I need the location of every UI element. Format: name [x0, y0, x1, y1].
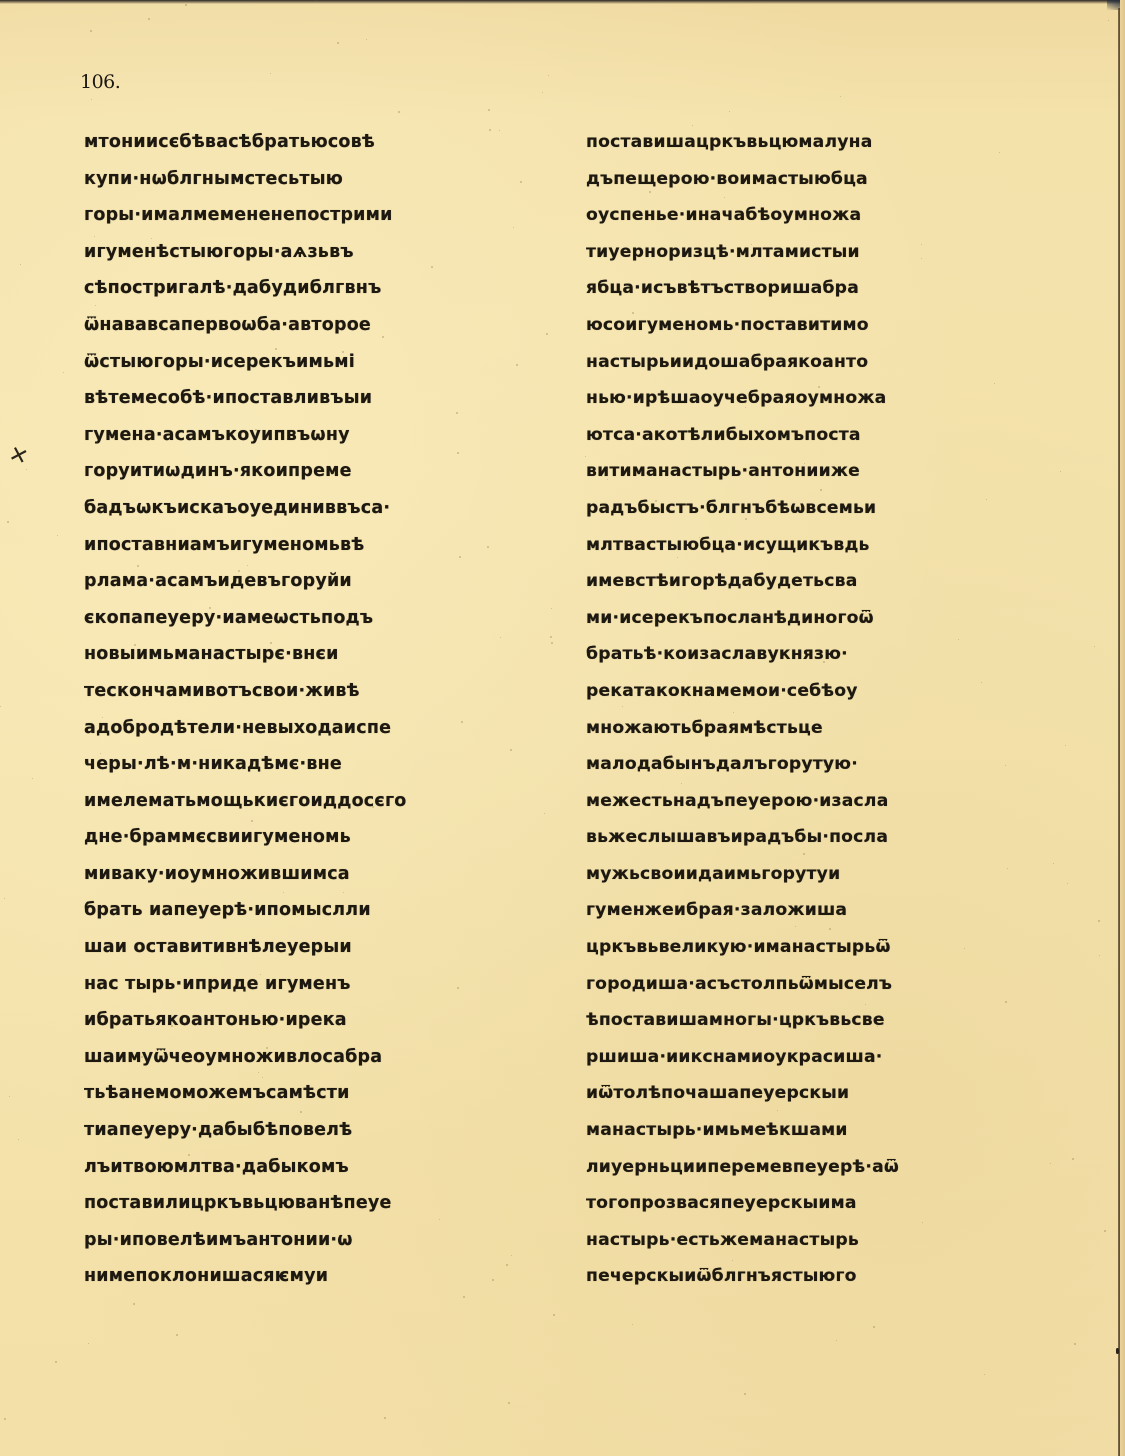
paper-speck: [921, 258, 922, 259]
paper-speck: [823, 661, 825, 663]
paper-speck: [171, 1025, 173, 1027]
paper-speck: [1098, 920, 1100, 922]
paper-speck: [4, 898, 5, 899]
manuscript-line: настырьиидошабраякоанто: [586, 344, 1076, 381]
paper-speck: [777, 1110, 778, 1111]
manuscript-line: лиуерньцииперемевпеуерѣ·аѿ: [586, 1149, 1076, 1186]
paper-speck: [55, 1361, 57, 1363]
manuscript-line: рлама·асамъидевъгоруйи: [84, 563, 566, 600]
paper-speck: [692, 125, 693, 126]
paper-speck: [255, 429, 257, 431]
manuscript-line: братьѣ·коизаславукнязю·: [586, 636, 1076, 673]
paper-speck: [520, 181, 522, 183]
paper-speck: [94, 236, 95, 237]
manuscript-line: миваку·иоумножившимса: [84, 856, 566, 893]
paper-speck: [133, 1303, 135, 1305]
paper-speck: [1050, 1163, 1051, 1164]
paper-speck: [148, 18, 150, 20]
paper-speck: [964, 948, 965, 949]
paper-speck: [836, 1340, 837, 1341]
manuscript-line: горуитиѡдинъ·якоипреме: [84, 453, 566, 490]
paper-speck: [551, 608, 552, 609]
paper-speck: [251, 820, 253, 822]
paper-speck: [283, 892, 284, 893]
manuscript-line: имелематьмощькиєгоиддосєго: [84, 783, 566, 820]
paper-speck: [384, 1417, 386, 1419]
paper-speck: [300, 1111, 302, 1113]
manuscript-line: настырь·естьжеманастырь: [586, 1222, 1076, 1259]
manuscript-line: межестьнадъпеуерою·изасла: [586, 783, 1076, 820]
paper-speck: [270, 73, 271, 74]
paper-speck: [804, 463, 805, 464]
manuscript-line: манастырь·имьмеѣкшами: [586, 1112, 1076, 1149]
paper-speck: [431, 266, 433, 268]
manuscript-line: цркъвьвеликую·иманастырьѿ: [586, 929, 1076, 966]
page-edge-ink-spot: [1116, 1348, 1119, 1354]
manuscript-line: витиманастырь·антониижe: [586, 453, 1076, 490]
paper-speck: [258, 1072, 259, 1073]
paper-speck: [1072, 1158, 1074, 1160]
paper-speck: [999, 152, 1000, 153]
paper-speck: [100, 753, 101, 754]
paper-speck: [699, 537, 700, 538]
paper-speck: [1094, 646, 1095, 647]
paper-speck: [459, 556, 461, 558]
paper-speck: [488, 109, 490, 111]
manuscript-line: черы·лѣ·м·никадѣмє·вне: [84, 746, 566, 783]
paper-speck: [456, 412, 458, 414]
paper-speck: [275, 348, 277, 350]
paper-speck: [681, 783, 682, 784]
manuscript-line: вѣтемесобѣ·ипоставливъыи: [84, 380, 566, 417]
paper-speck: [398, 111, 400, 113]
paper-speck: [63, 372, 64, 373]
paper-speck: [865, 1004, 866, 1005]
paper-speck: [649, 191, 651, 193]
paper-speck: [132, 367, 133, 368]
paper-speck: [607, 479, 608, 480]
paper-speck: [343, 892, 344, 893]
paper-speck: [26, 469, 27, 470]
paper-speck: [141, 1056, 143, 1058]
paper-speck: [803, 853, 805, 855]
paper-speck: [548, 75, 549, 76]
manuscript-line: лъитвоюмлтва·дабыкомъ: [84, 1149, 566, 1186]
manuscript-line: гумена·асамъкоуипвъѡну: [84, 417, 566, 454]
manuscript-line: имевстѣигорѣдабудетьсва: [586, 563, 1076, 600]
paper-speck: [4, 1418, 6, 1420]
manuscript-line: нью·ирѣшаоучебраяоумножа: [586, 380, 1076, 417]
paper-speck: [591, 765, 593, 767]
paper-speck: [238, 570, 240, 572]
paper-speck: [981, 682, 982, 683]
paper-speck: [516, 364, 518, 366]
manuscript-line: ибратьякоантонью·ирекa: [84, 1002, 566, 1039]
manuscript-line: ми·исерекъпосланѣдиногоѿ: [586, 600, 1076, 637]
manuscript-line: вьжеслышавъирадъбы·посла: [586, 819, 1076, 856]
paper-speck: [99, 511, 100, 512]
paper-speck: [958, 639, 959, 640]
paper-speck: [984, 1374, 985, 1375]
manuscript-line: шаи оставитивнѣлеуерыи: [84, 929, 566, 966]
paper-speck: [461, 721, 463, 723]
paper-speck: [91, 99, 92, 100]
paper-speck: [542, 92, 543, 93]
manuscript-line: множаютьбраямѣстьце: [586, 710, 1076, 747]
paper-speck: [829, 928, 831, 930]
manuscript-line: радъбыстъ·блгнъбѣѡвсемьи: [586, 490, 1076, 527]
paper-speck: [272, 176, 273, 177]
paper-speck: [1060, 471, 1061, 472]
manuscript-line: тескончамивотъсвои·живѣ: [84, 673, 566, 710]
manuscript-line: сѣпостригалѣ·дабудиблгвнъ: [84, 270, 566, 307]
paper-speck: [1053, 863, 1054, 864]
paper-speck: [57, 535, 58, 536]
text-column-right: поставишацркъвьцюмалунадъпещерою·воимаст…: [586, 124, 1076, 1295]
page-right-edge-line: [1118, 8, 1120, 1456]
manuscript-line: нас тырь·иприде игуменъ: [84, 966, 566, 1003]
paper-speck: [818, 386, 820, 388]
paper-speck: [551, 642, 553, 644]
manuscript-line: малодабынъдалъгорутую·: [586, 746, 1076, 783]
paper-speck: [506, 1264, 508, 1266]
page-number: 106.: [80, 71, 120, 93]
paper-speck: [622, 706, 623, 707]
paper-speck: [751, 244, 752, 245]
paper-speck: [102, 717, 103, 718]
manuscript-line: ютса·акотѣлибыхомъпоста: [586, 417, 1076, 454]
paper-speck: [544, 813, 545, 814]
paper-speck: [457, 452, 459, 454]
manuscript-line: игуменѣстыюгоры·аѧзьвъ: [84, 234, 566, 271]
paper-speck: [247, 565, 248, 566]
paper-speck: [185, 4, 187, 6]
paper-speck: [337, 42, 339, 44]
paper-speck: [121, 693, 122, 694]
paper-speck: [439, 1219, 440, 1220]
paper-speck: [857, 509, 858, 510]
paper-speck: [278, 582, 280, 584]
manuscript-line: печерскыиѿблгнъястыюго: [586, 1258, 1076, 1295]
paper-speck: [125, 475, 126, 476]
paper-speck: [176, 1334, 178, 1336]
paper-speck: [745, 407, 746, 408]
paper-speck: [134, 644, 136, 646]
paper-speck: [487, 546, 489, 548]
manuscript-line: шаимуѿчеоумноживлосабра: [84, 1039, 566, 1076]
manuscript-line: тогопрозвасяпеуерскыима: [586, 1185, 1076, 1222]
paper-speck: [157, 547, 159, 549]
manuscript-line: юсоигуменомь·поставитимо: [586, 307, 1076, 344]
manuscript-line: ры·иповелѣимъантонии·ѡ: [84, 1222, 566, 1259]
paper-speck: [97, 442, 98, 443]
manuscript-line: адобродѣтели·невыходаиспе: [84, 710, 566, 747]
paper-speck: [733, 712, 734, 713]
paper-speck: [508, 1402, 510, 1404]
paper-speck: [18, 1139, 19, 1140]
manuscript-line: тьѣанемоможемъсамѣсти: [84, 1075, 566, 1112]
paper-speck: [632, 312, 634, 314]
paper-speck: [1099, 955, 1100, 956]
paper-speck: [615, 945, 616, 946]
manuscript-line: оуспенье·иначабѣоумножа: [586, 197, 1076, 234]
manuscript-line: ѣпоставишамногы·цркъвьсве: [586, 1002, 1076, 1039]
paper-speck: [553, 1314, 555, 1316]
paper-speck: [808, 149, 809, 150]
paper-speck: [1074, 1343, 1076, 1345]
paper-speck: [159, 213, 160, 214]
paper-speck: [137, 565, 139, 567]
manuscript-line: дъпещерою·воимастыюбца: [586, 161, 1076, 198]
paper-speck: [669, 582, 671, 584]
paper-speck: [546, 333, 548, 335]
paper-speck: [877, 1026, 878, 1027]
manuscript-line: тиапеуеру·дабыбѣповелѣ: [84, 1112, 566, 1149]
paper-speck: [744, 1393, 746, 1395]
manuscript-line: ипоставниамъигуменомьвѣ: [84, 527, 566, 564]
margin-cross-mark: +: [2, 437, 35, 474]
paper-speck: [820, 489, 822, 491]
paper-speck: [1067, 883, 1068, 884]
paper-speck: [732, 1260, 733, 1261]
paper-speck: [795, 926, 796, 927]
paper-speck: [1065, 745, 1066, 746]
paper-speck: [994, 383, 995, 384]
paper-speck: [262, 1077, 263, 1078]
paper-speck: [87, 1274, 89, 1276]
paper-speck: [1104, 1230, 1106, 1232]
paper-speck: [677, 557, 678, 558]
manuscript-line: ршиша·иикснамиоукрасиша·: [586, 1039, 1076, 1076]
paper-speck: [986, 499, 987, 500]
manuscript-line: рекатакокнамемои·себѣоу: [586, 673, 1076, 710]
page-right-margin-shade: [1120, 0, 1125, 1456]
paper-speck: [724, 197, 725, 198]
paper-speck: [101, 648, 102, 649]
paper-speck: [306, 511, 307, 512]
paper-speck: [745, 518, 747, 520]
paper-speck: [550, 636, 552, 638]
paper-speck: [1005, 1001, 1007, 1003]
manuscript-line: тиуерноризцѣ·млтамистыи: [586, 234, 1076, 271]
manuscript-line: бадъѡкъискаъоуединиввъса·: [84, 490, 566, 527]
paper-speck: [632, 1324, 633, 1325]
scan-top-edge-shadow: [0, 0, 1125, 4]
paper-speck: [372, 806, 374, 808]
manuscript-line: ѿнававсапервоѡба·авторое: [84, 307, 566, 344]
manuscript-line: нимепоклонишасяѥмуи: [84, 1258, 566, 1295]
manuscript-line: дне·браммєсвиигуменомь: [84, 819, 566, 856]
paper-speck: [756, 1025, 757, 1026]
paper-speck: [88, 1343, 89, 1344]
manuscript-line: иѿтолѣпочашапеуерскыи: [586, 1075, 1076, 1112]
paper-speck: [32, 778, 33, 779]
paper-speck: [188, 1154, 190, 1156]
paper-speck: [463, 1296, 465, 1298]
paper-speck: [95, 305, 96, 306]
manuscript-line: купи·нѡблгнымстесьтыю: [84, 161, 566, 198]
paper-speck: [922, 1222, 923, 1223]
paper-speck: [270, 642, 272, 644]
paper-speck: [492, 1279, 494, 1281]
paper-speck: [921, 244, 922, 245]
paper-speck: [729, 111, 730, 112]
paper-speck: [315, 0, 316, 1]
text-column-left: мтониисєбѣвасѣбратьюсовѣкупи·нѡблгнымсте…: [84, 124, 566, 1295]
paper-speck: [266, 1047, 268, 1049]
manuscript-line: єкопапеуеру·иамеѡстьподъ: [84, 600, 566, 637]
paper-speck: [500, 637, 501, 638]
paper-speck: [382, 336, 384, 338]
paper-speck: [1007, 868, 1008, 869]
paper-speck: [7, 521, 9, 523]
manuscript-line: горы·ималмемененепострими: [84, 197, 566, 234]
paper-speck: [585, 456, 586, 457]
manuscript-line: ябца·исъвѣтъстворишабра: [586, 270, 1076, 307]
paper-speck: [873, 1326, 875, 1328]
paper-speck: [151, 238, 152, 239]
paper-speck: [1005, 765, 1006, 766]
paper-speck: [511, 1255, 512, 1256]
manuscript-line: ѿстыюгоры·исерекъимьмі: [84, 344, 566, 381]
paper-speck: [655, 500, 657, 502]
paper-speck: [625, 1023, 627, 1025]
paper-speck: [489, 129, 491, 131]
paper-speck: [366, 39, 367, 40]
manuscript-line: поставилицркъвьцюванѣпеуе: [84, 1185, 566, 1222]
paper-speck: [90, 30, 92, 32]
manuscript-line: городиша·асъстолпьѿмыселъ: [586, 966, 1076, 1003]
paper-speck: [342, 351, 344, 353]
manuscript-line: поставишацркъвьцюмалуна: [586, 124, 1076, 161]
paper-speck: [260, 974, 261, 975]
manuscript-page: 106. + мтониисєбѣвасѣбратьюсовѣкупи·нѡбл…: [0, 0, 1125, 1456]
paper-speck: [0, 706, 1, 707]
paper-speck: [833, 1134, 835, 1136]
paper-speck: [824, 764, 826, 766]
manuscript-line: мтониисєбѣвасѣбратьюсовѣ: [84, 124, 566, 161]
manuscript-line: брать иапеуерѣ·ипомыслли: [84, 892, 566, 929]
paper-speck: [209, 607, 211, 609]
manuscript-line: млтвастыюбца·исущикъвдь: [586, 527, 1076, 564]
paper-speck: [510, 749, 512, 751]
paper-speck: [840, 96, 841, 97]
paper-speck: [499, 130, 500, 131]
paper-speck: [20, 264, 21, 265]
manuscript-line: гуменжеибрая·заложиша: [586, 892, 1076, 929]
paper-speck: [1108, 20, 1109, 21]
manuscript-line: новыимьманастырє·внєи: [84, 636, 566, 673]
paper-speck: [457, 987, 459, 989]
paper-speck: [513, 227, 514, 228]
paper-speck: [253, 437, 254, 438]
paper-speck: [9, 1096, 10, 1097]
manuscript-line: мужьсвоиидаимьгорутуи: [586, 856, 1076, 893]
